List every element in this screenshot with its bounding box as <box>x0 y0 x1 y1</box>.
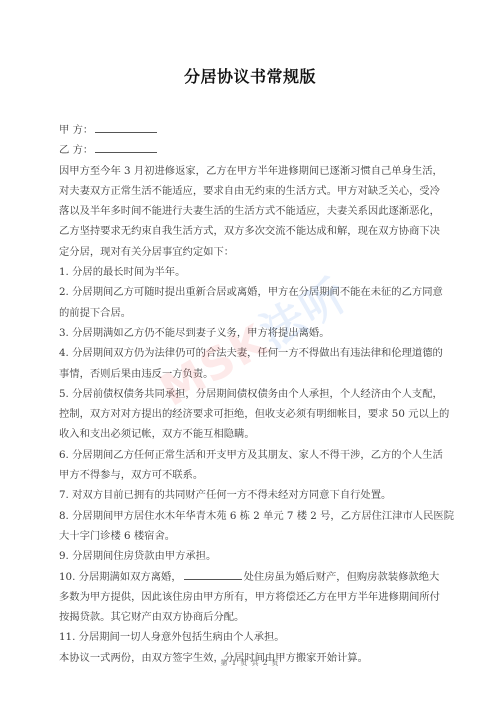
clause-3: 3. 分居期满如乙方仍不能尽到妻子义务，甲方将提出离婚。 <box>59 323 449 343</box>
clause-5: 5. 分居前债权债务共同承担，分居期间债权债务由个人承担，个人经济由个人支配， <box>59 384 449 404</box>
intro-line: 乙方坚持要求无约束自我生活方式，双方多次交流不能达成和解，现在双方协商下决 <box>59 221 449 241</box>
page-footer: 第 1 页 共 2 页 <box>0 658 500 668</box>
clause-5-cont: 收入和支出必须记帐，双方不能互相隐瞒。 <box>59 424 449 444</box>
clause-5-cont: 控制，双方对对方提出的经济要求可拒绝，但收支必须有明细帐目，要求 50 元以上的 <box>59 404 449 424</box>
clause-9: 9. 分居期间住房贷款由甲方承担。 <box>59 546 449 566</box>
document-page: 分居协议书常规版 甲 方： 乙 方： 因甲方至今年 3 月初进修返家，乙方在甲方… <box>0 0 500 706</box>
intro-line: 定分居，现对有关分居事宜约定如下： <box>59 242 449 262</box>
clause-10-post: 处住房虽为婚后财产，但购房款装修款绝大 <box>244 571 440 583</box>
clause-11: 11. 分居期间一切人身意外包括生病由个人承担。 <box>59 627 449 647</box>
clause-4-cont: 事情，否则后果由违反一方负责。 <box>59 364 449 384</box>
party-b-label: 乙 方： <box>59 144 93 156</box>
clause-8-cont: 大十字门诊楼 6 楼宿舍。 <box>59 526 449 546</box>
clause-4: 4. 分居期间双方仍为法律仍可的合法夫妻，任何一方不得做出有违法律和伦理道德的 <box>59 343 449 363</box>
intro-line: 落以及半年多时间不能进行夫妻生活的生活方式不能适应，夫妻关系因此逐渐恶化， <box>59 201 449 221</box>
clause-10-cont: 按揭贷款。其它财产由双方协商后分配。 <box>59 607 449 627</box>
clause-6: 6. 分居期间乙方任何正常生活和开支甲方及其朋友、家人不得干涉，乙方的个人生活 <box>59 445 449 465</box>
intro-line: 因甲方至今年 3 月初进修返家，乙方在甲方半年进修期间已逐渐习惯自己单身生活， <box>59 161 449 181</box>
party-a-blank[interactable] <box>95 121 157 133</box>
clause-6-cont: 甲方不得参与，双方可不联系。 <box>59 465 449 485</box>
clause-8: 8. 分居期间甲方居住水木年华青木苑 6 栋 2 单元 7 楼 2 号，乙方居住… <box>59 506 449 526</box>
party-b-blank[interactable] <box>95 141 157 153</box>
clause-10-cont: 多数为甲方提供，因此该住房由甲方所有，甲方将偿还乙方在甲方半年进修期间所付 <box>59 587 449 607</box>
document-title: 分居协议书常规版 <box>0 64 500 87</box>
clause-1: 1. 分居的最长时间为半年。 <box>59 262 449 282</box>
house-address-blank[interactable] <box>184 568 242 580</box>
intro-line: 对夫妻双方正常生活不能适应，要求自由无约束的生活方式。甲方对缺乏关心，受冷 <box>59 181 449 201</box>
party-a-line: 甲 方： <box>59 120 449 140</box>
party-b-line: 乙 方： <box>59 140 449 160</box>
clause-10: 10. 分居期满如双方离婚，处住房虽为婚后财产，但购房款装修款绝大 <box>59 567 449 587</box>
party-a-label: 甲 方： <box>59 124 93 136</box>
clause-2-cont: 的前提下合居。 <box>59 303 449 323</box>
document-body: 甲 方： 乙 方： 因甲方至今年 3 月初进修返家，乙方在甲方半年进修期间已逐渐… <box>59 120 449 668</box>
clause-2: 2. 分居期间乙方可随时提出重新合居或离婚，甲方在分居期间不能在未征的乙方同意 <box>59 282 449 302</box>
clause-7: 7. 对双方目前已拥有的共同财产任何一方不得未经对方同意下自行处置。 <box>59 485 449 505</box>
clause-10-pre: 10. 分居期满如双方离婚， <box>59 571 182 583</box>
